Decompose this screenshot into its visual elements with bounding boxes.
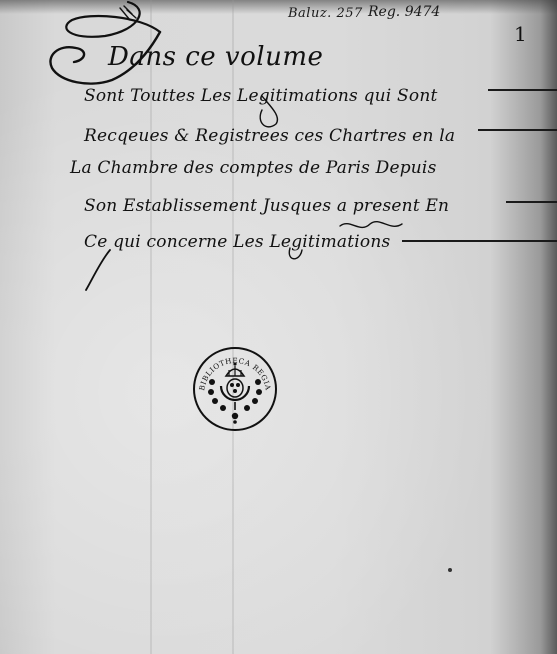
wreath-icon: [208, 379, 262, 424]
line-filler-rule: [506, 201, 557, 203]
ink-spot: [448, 568, 452, 572]
line-filler-rule: [478, 129, 557, 131]
body-line-3: La Chambre des comptes de Paris Depuis: [70, 158, 437, 178]
body-line-5: Ce qui concerne Les Legitimations: [84, 232, 390, 252]
line-filler-rule: [488, 89, 557, 91]
document-title: Dans ce volume: [108, 42, 323, 72]
bibliotheca-regia-stamp: BIBLIOTHECA REGIA: [192, 346, 278, 432]
body-line-4: Son Establissement Jusques a present En: [84, 196, 449, 216]
line-filler-rule: [402, 240, 557, 242]
manuscript-page: Baluz. 257 Reg. 9474 1 Dans ce volume So…: [0, 0, 557, 654]
body-line-1: Sont Touttes Les Legitimations qui Sont: [84, 86, 438, 106]
fleur-de-lis-crest-icon: [221, 379, 249, 410]
body-line-2: Recqeues & Registrees ces Chartres en la: [84, 126, 455, 146]
